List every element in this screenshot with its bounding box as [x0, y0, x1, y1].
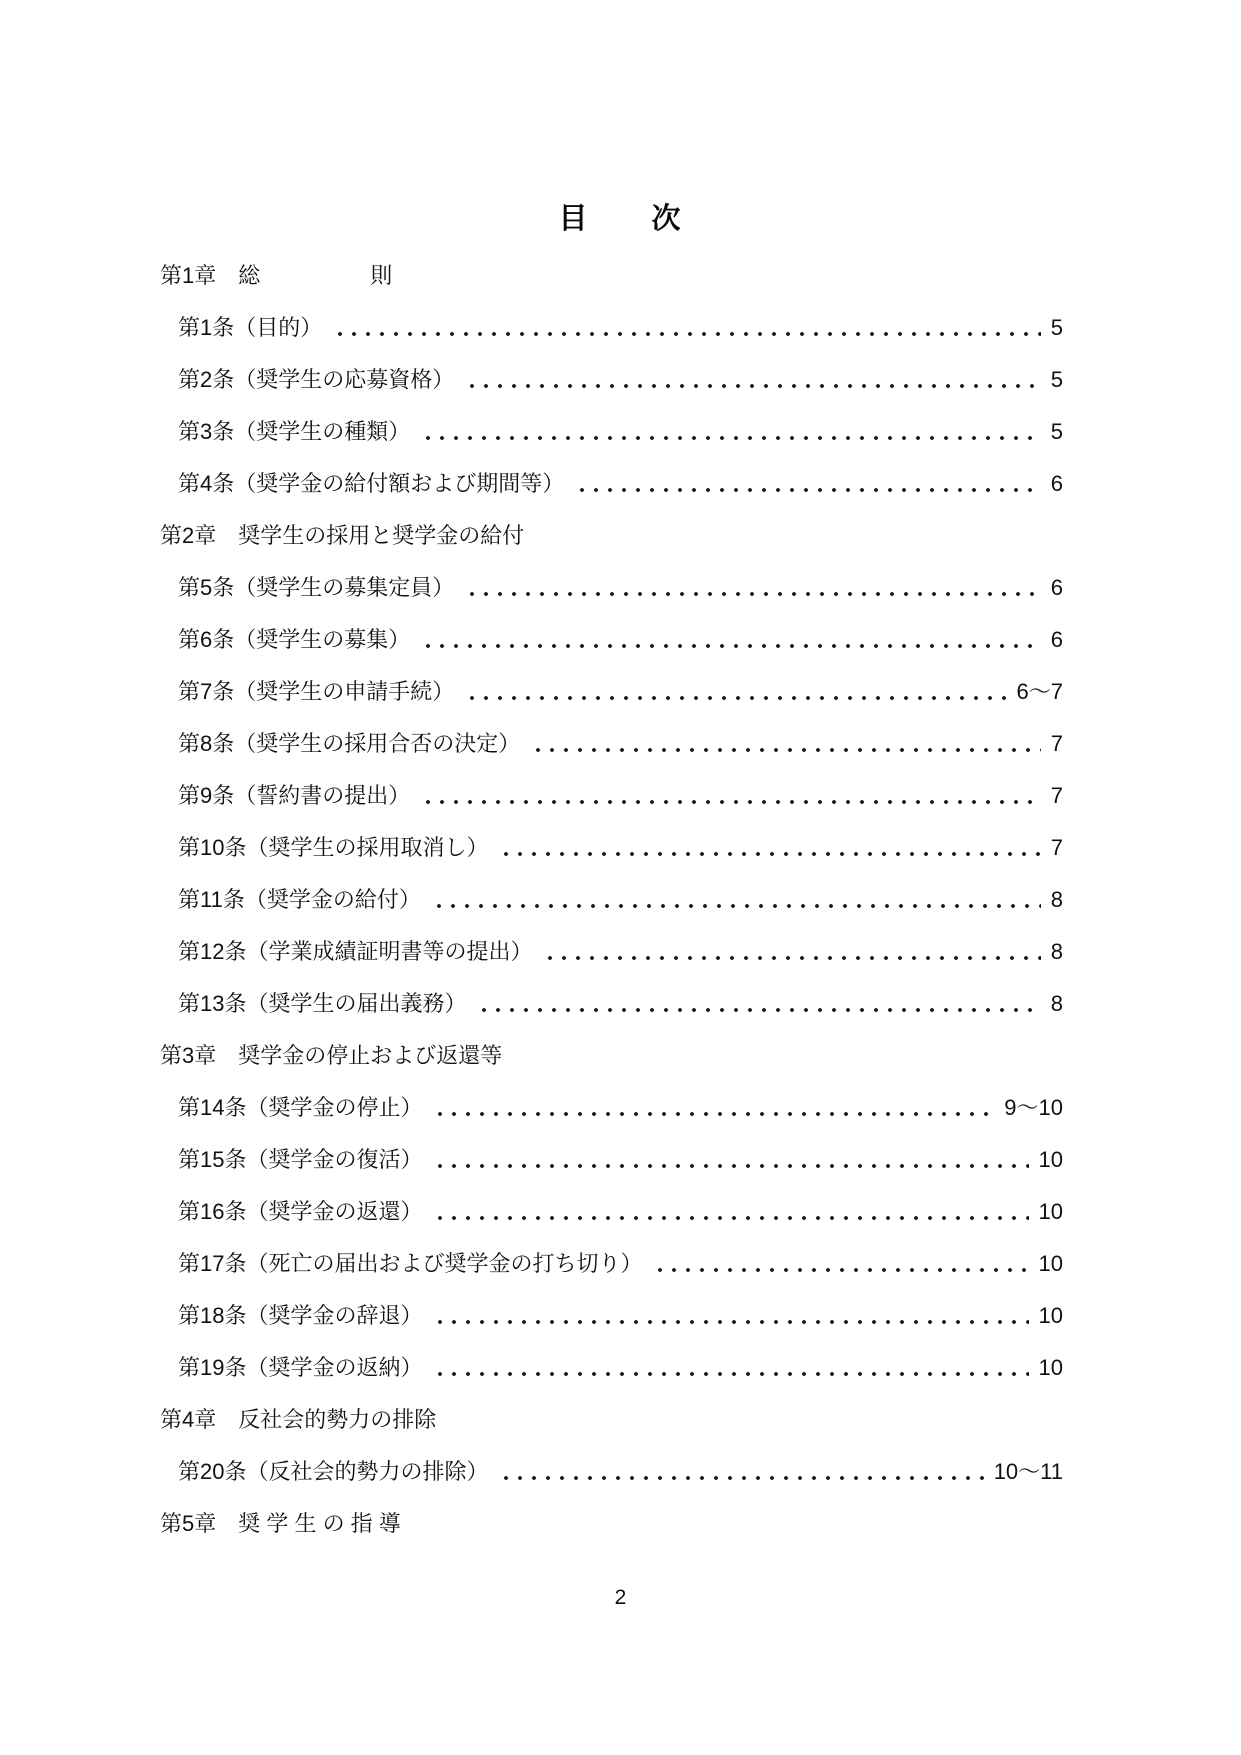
toc-page-number: 8	[1051, 938, 1063, 966]
footer-page-number: 2	[0, 1586, 1241, 1610]
toc-page-number: 7	[1051, 834, 1063, 862]
toc-entry-label: 第6条（奨学生の募集）	[178, 626, 410, 654]
toc-page-number: 10〜11	[994, 1458, 1063, 1486]
toc-chapter-row: 第5章 奨 学 生 の 指 導	[160, 1510, 1063, 1538]
toc-entry-label: 第2条（奨学生の応募資格）	[178, 366, 454, 394]
toc-dot-leader	[426, 435, 1041, 441]
toc-article-row: 第12条（学業成績証明書等の提出）8	[160, 938, 1063, 966]
toc-entry-label: 第2章 奨学生の採用と奨学金の給付	[160, 522, 524, 550]
toc-page-number: 5	[1051, 418, 1063, 446]
toc-entry-label: 第14条（奨学金の停止）	[178, 1094, 422, 1122]
table-of-contents: 第1章 総 則第1条（目的）5第2条（奨学生の応募資格）5第3条（奨学生の種類）…	[160, 262, 1063, 1538]
toc-dot-leader	[338, 331, 1041, 337]
toc-entry-label: 第5章 奨 学 生 の 指 導	[160, 1510, 401, 1538]
toc-dot-leader	[470, 591, 1041, 597]
toc-page-number: 10	[1039, 1146, 1063, 1174]
toc-dot-leader	[438, 1111, 994, 1117]
toc-entry-label: 第9条（誓約書の提出）	[178, 782, 410, 810]
page-title: 目 次	[0, 0, 1241, 236]
toc-entry-label: 第5条（奨学生の募集定員）	[178, 574, 454, 602]
toc-article-row: 第5条（奨学生の募集定員）6	[160, 574, 1063, 602]
toc-entry-label: 第8条（奨学生の採用合否の決定）	[178, 730, 520, 758]
toc-entry-label: 第1章 総 則	[160, 262, 392, 290]
toc-entry-label: 第18条（奨学金の辞退）	[178, 1302, 422, 1330]
toc-dot-leader	[438, 1163, 1028, 1169]
toc-entry-label: 第4章 反社会的勢力の排除	[160, 1406, 436, 1434]
document-page: 目 次 第1章 総 則第1条（目的）5第2条（奨学生の応募資格）5第3条（奨学生…	[0, 0, 1241, 1755]
toc-article-row: 第20条（反社会的勢力の排除）10〜11	[160, 1458, 1063, 1486]
toc-article-row: 第15条（奨学金の復活）10	[160, 1146, 1063, 1174]
toc-page-number: 7	[1051, 730, 1063, 758]
toc-dot-leader	[438, 1371, 1028, 1377]
toc-page-number: 9〜10	[1004, 1094, 1063, 1122]
toc-dot-leader	[580, 487, 1041, 493]
toc-page-number: 6	[1051, 470, 1063, 498]
toc-article-row: 第19条（奨学金の返納）10	[160, 1354, 1063, 1382]
toc-entry-label: 第17条（死亡の届出および奨学金の打ち切り）	[178, 1250, 642, 1278]
toc-page-number: 6	[1051, 626, 1063, 654]
toc-entry-label: 第10条（奨学生の採用取消し）	[178, 834, 488, 862]
toc-chapter-row: 第1章 総 則	[160, 262, 1063, 290]
toc-entry-label: 第13条（奨学生の届出義務）	[178, 990, 466, 1018]
toc-dot-leader	[504, 1475, 983, 1481]
toc-dot-leader	[426, 643, 1041, 649]
toc-entry-label: 第12条（学業成績証明書等の提出）	[178, 938, 532, 966]
toc-dot-leader	[470, 383, 1041, 389]
toc-dot-leader	[482, 1007, 1040, 1013]
toc-article-row: 第14条（奨学金の停止）9〜10	[160, 1094, 1063, 1122]
toc-article-row: 第13条（奨学生の届出義務）8	[160, 990, 1063, 1018]
toc-article-row: 第9条（誓約書の提出）7	[160, 782, 1063, 810]
toc-dot-leader	[470, 695, 1006, 701]
toc-article-row: 第1条（目的）5	[160, 314, 1063, 342]
toc-article-row: 第6条（奨学生の募集）6	[160, 626, 1063, 654]
toc-entry-label: 第4条（奨学金の給付額および期間等）	[178, 470, 564, 498]
toc-page-number: 10	[1039, 1302, 1063, 1330]
toc-dot-leader	[437, 903, 1041, 909]
toc-page-number: 6〜7	[1017, 678, 1063, 706]
toc-dot-leader	[426, 799, 1041, 805]
toc-page-number: 10	[1039, 1198, 1063, 1226]
toc-chapter-row: 第3章 奨学金の停止および返還等	[160, 1042, 1063, 1070]
toc-page-number: 7	[1051, 782, 1063, 810]
toc-article-row: 第8条（奨学生の採用合否の決定）7	[160, 730, 1063, 758]
toc-chapter-row: 第2章 奨学生の採用と奨学金の給付	[160, 522, 1063, 550]
toc-dot-leader	[548, 955, 1040, 961]
toc-entry-label: 第15条（奨学金の復活）	[178, 1146, 422, 1174]
toc-chapter-row: 第4章 反社会的勢力の排除	[160, 1406, 1063, 1434]
toc-dot-leader	[504, 851, 1040, 857]
toc-article-row: 第3条（奨学生の種類）5	[160, 418, 1063, 446]
toc-page-number: 10	[1039, 1250, 1063, 1278]
toc-entry-label: 第3条（奨学生の種類）	[178, 418, 410, 446]
toc-article-row: 第10条（奨学生の採用取消し）7	[160, 834, 1063, 862]
toc-article-row: 第7条（奨学生の申請手続）6〜7	[160, 678, 1063, 706]
toc-entry-label: 第7条（奨学生の申請手続）	[178, 678, 454, 706]
toc-entry-label: 第16条（奨学金の返還）	[178, 1198, 422, 1226]
toc-page-number: 8	[1051, 886, 1063, 914]
toc-page-number: 8	[1051, 990, 1063, 1018]
toc-page-number: 10	[1039, 1354, 1063, 1382]
toc-entry-label: 第20条（反社会的勢力の排除）	[178, 1458, 488, 1486]
toc-dot-leader	[658, 1267, 1028, 1273]
toc-article-row: 第2条（奨学生の応募資格）5	[160, 366, 1063, 394]
toc-article-row: 第4条（奨学金の給付額および期間等）6	[160, 470, 1063, 498]
toc-page-number: 5	[1051, 314, 1063, 342]
toc-article-row: 第11条（奨学金の給付）8	[160, 886, 1063, 914]
toc-dot-leader	[438, 1319, 1028, 1325]
toc-entry-label: 第3章 奨学金の停止および返還等	[160, 1042, 502, 1070]
toc-article-row: 第18条（奨学金の辞退）10	[160, 1302, 1063, 1330]
toc-page-number: 5	[1051, 366, 1063, 394]
toc-entry-label: 第11条（奨学金の給付）	[178, 886, 421, 914]
toc-entry-label: 第19条（奨学金の返納）	[178, 1354, 422, 1382]
toc-dot-leader	[536, 747, 1041, 753]
toc-article-row: 第17条（死亡の届出および奨学金の打ち切り）10	[160, 1250, 1063, 1278]
toc-page-number: 6	[1051, 574, 1063, 602]
toc-article-row: 第16条（奨学金の返還）10	[160, 1198, 1063, 1226]
toc-dot-leader	[438, 1215, 1028, 1221]
toc-entry-label: 第1条（目的）	[178, 314, 322, 342]
